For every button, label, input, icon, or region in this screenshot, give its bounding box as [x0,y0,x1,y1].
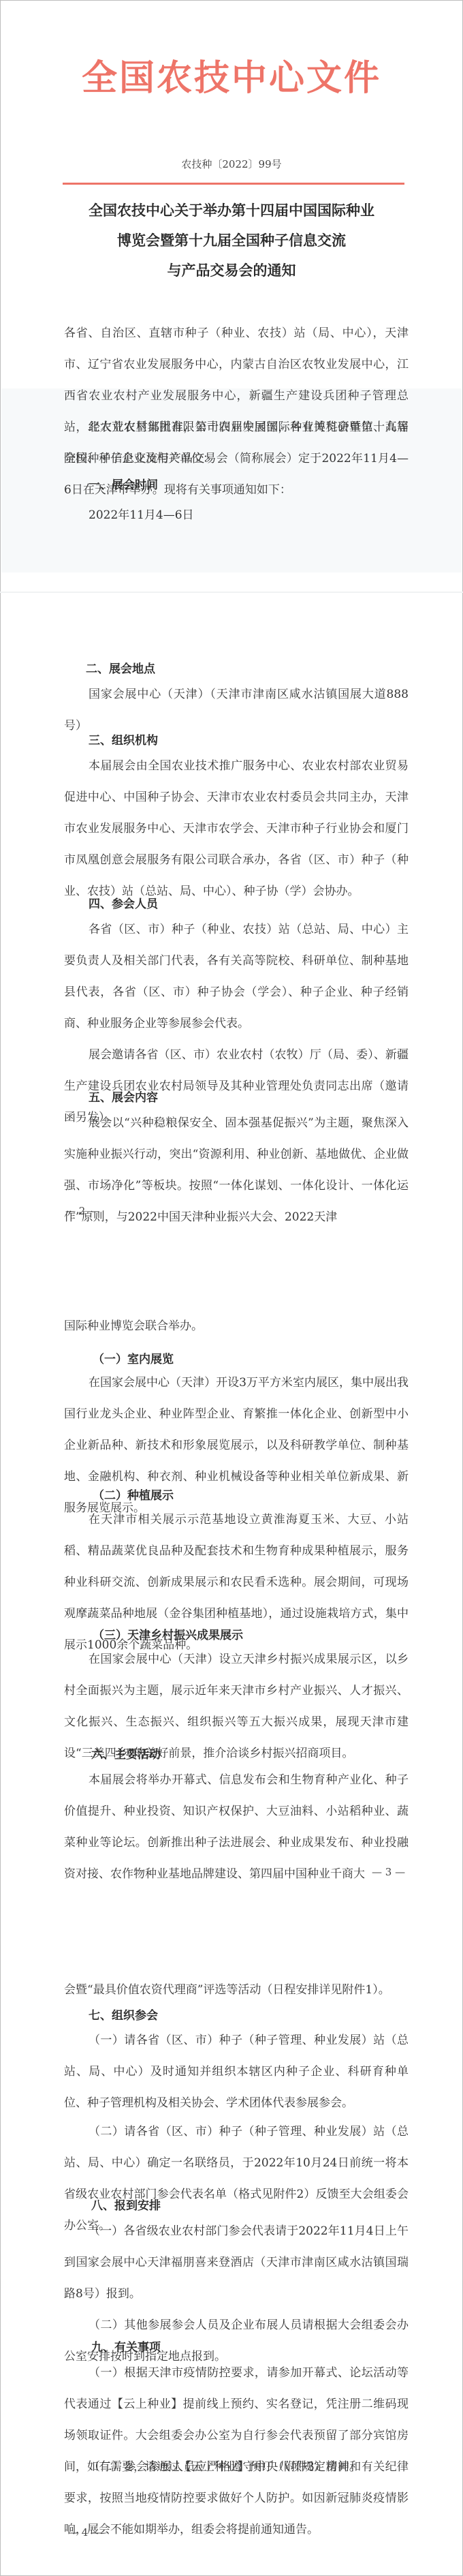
section-body-activities-cont: 会暨“最具价值农资代理商”评选等活动（日程安排详见附件1）。 [64,1974,409,2006]
registration-item-1: （一）各省级农业农村部门参会代表请于2022年11月4日上午到国家会展中心天津福… [64,2215,409,2310]
subheading-indoor-exhibition: （一）室内展览 [93,1349,174,1366]
section-heading-activities: 六、主要活动 [91,1745,161,1762]
section-body-attendees-1: 各省（区、市）种子（种业、农技）站（总站、局、中心）主要负责人及相关部门代表，各… [64,914,409,1039]
red-divider [63,183,404,185]
page-number-3: — 3 — [372,1866,405,1878]
section-heading-time: 一、展会时间 [89,475,158,492]
section-body-organization: 本届展会由全国农业技术推广服务中心、农业农村部农业贸易促进中心、中国种子协会、天… [64,750,409,907]
section-heading-content: 五、展会内容 [89,1088,158,1105]
section-heading-organization: 三、组织机构 [89,731,158,748]
section-body-activities: 本届展会将举办开幕式、信息发布会和生物育种产业化、种子价值提升、种业投资、知识产… [64,1764,409,1890]
subheading-rural-revitalization: （三）天津乡村振兴成果展示 [93,1625,243,1642]
section-heading-registration: 八、报到安排 [91,2196,161,2213]
page-break [0,592,463,593]
page-number-2: — 2 — [65,1205,99,1217]
section-heading-venue: 二、展会地点 [86,659,155,676]
section-heading-participation: 七、组织参会 [89,2006,158,2023]
document-title: 全国农技中心关于举办第十四届中国国际种业 博览会暨第十九届全国种子信息交流 与产… [41,196,422,286]
participation-item-1: （一）请各省（区、市）种子（种子管理、种业发展）站（总站、局、中心）及时通知并组… [64,2025,409,2119]
title-line: 全国农技中心关于举办第十四届中国国际种业 [41,196,422,226]
document-number: 农技种〔2022〕99号 [0,157,463,171]
section-heading-matters: 九、有关事项 [91,2337,161,2355]
matters-item-2: （二）参会参展人员应严格遵守中央八项规定精神和有关纪律要求，按照当地疫情防控要求… [64,2451,409,2545]
section-body-content-cont: 国际种业博览会联合举办。 [64,1310,409,1342]
section-body-time: 2022年11月4—6日 [64,500,409,531]
section-heading-attendees: 四、参会人员 [89,894,158,911]
section-body-content: 展会以“兴种稳粮保安全、固本强基促振兴”为主题，聚焦深入实施种业振兴行动，突出“… [64,1107,409,1233]
title-line: 与产品交易会的通知 [41,256,422,286]
page-number-4: — 4 — [68,2526,101,2539]
subheading-planting-display: （二）种植展示 [93,1486,174,1503]
title-line: 博览会暨第十九届全国种子信息交流 [41,226,422,256]
document-masthead: 全国农技中心文件 [0,49,463,100]
